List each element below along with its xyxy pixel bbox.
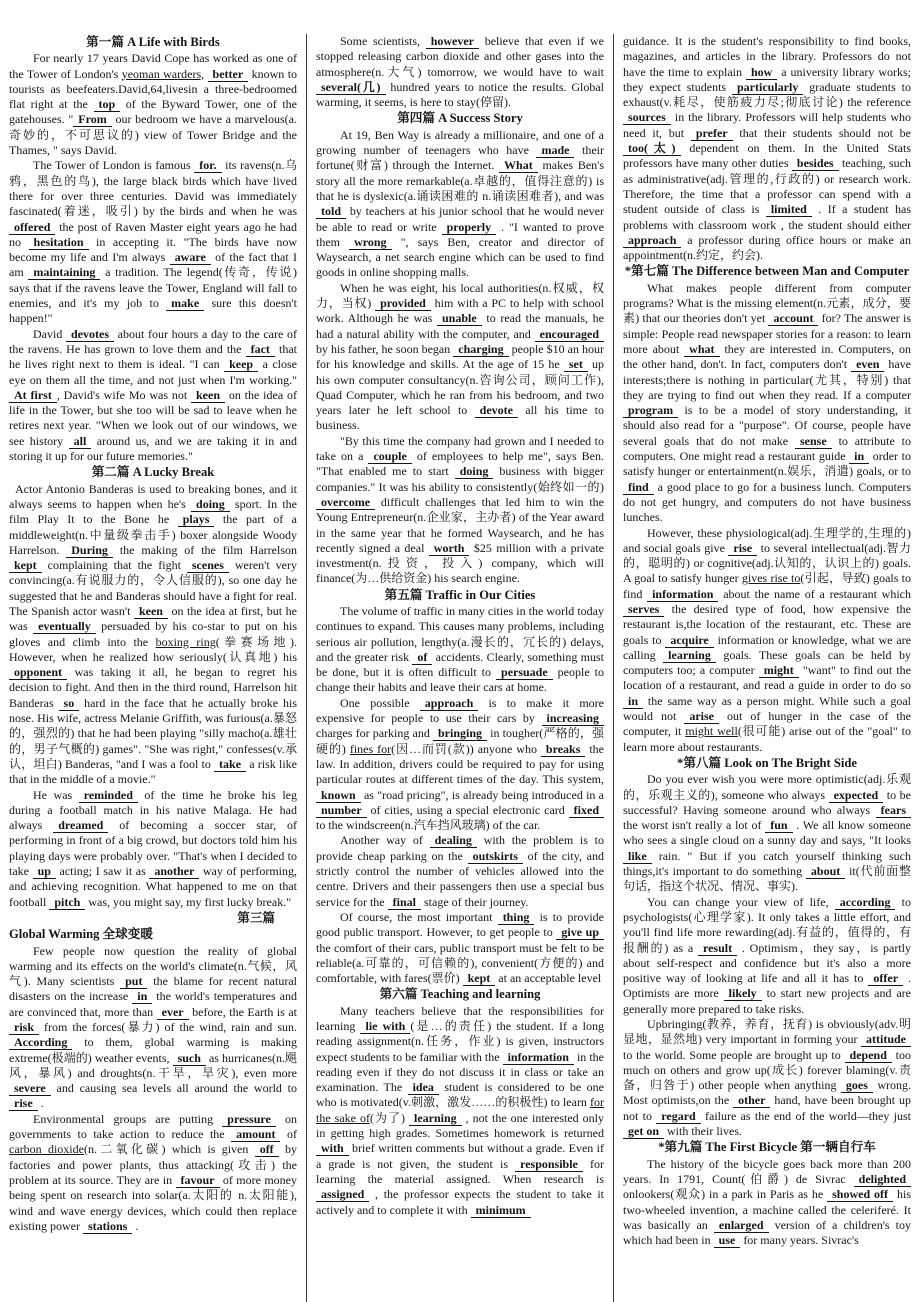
passage-paragraph: What makes people different from compute… — [623, 281, 911, 526]
passage-heading: 第三篇 — [9, 911, 297, 926]
passage-paragraph: Some scientists, however believe that ev… — [316, 34, 604, 110]
passage-paragraph: One possible approach is to make it more… — [316, 696, 604, 834]
passage-paragraph: For nearly 17 years David Cope has worke… — [9, 51, 297, 158]
column-2: Some scientists, however believe that ev… — [306, 34, 613, 1302]
passage-paragraph: You can change your view of life, accord… — [623, 895, 911, 1017]
passage-paragraph: Actor Antonio Banderas is used to breaki… — [9, 482, 297, 788]
passage-heading: *第七篇 The Difference between Man and Comp… — [623, 264, 911, 279]
passage-heading: 第四篇 A Success Story — [316, 111, 604, 126]
passage-paragraph: "By this time the company had grown and … — [316, 434, 604, 587]
passage-paragraph: The Tower of London is famous for. its r… — [9, 158, 297, 326]
passage-heading: 第六篇 Teaching and learning — [316, 987, 604, 1002]
passage-paragraph: Do you ever wish you were more optimisti… — [623, 772, 911, 894]
column-1: 第一篇 A Life with BirdsFor nearly 17 years… — [0, 34, 306, 1302]
passage-heading: 第一篇 A Life with Birds — [9, 35, 297, 50]
column-3: guidance. It is the student's responsibi… — [613, 34, 920, 1302]
passage-paragraph: Another way of dealing with the problem … — [316, 833, 604, 909]
passage-heading: 第二篇 A Lucky Break — [9, 465, 297, 480]
passage-heading: 第五篇 Traffic in Our Cities — [316, 588, 604, 603]
passage-paragraph: At 19, Ben Way is already a millionaire,… — [316, 128, 604, 281]
passage-heading: Global Warming 全球变暖 — [9, 927, 297, 942]
passage-paragraph: Few people now question the reality of g… — [9, 944, 297, 1112]
passage-heading: *第八篇 Look on The Bright Side — [623, 756, 911, 771]
passage-paragraph: He was reminded of the time he broke his… — [9, 788, 297, 910]
passage-heading: *第九篇 The First Bicycle 第一辆自行车 — [623, 1140, 911, 1155]
passage-paragraph: David devotes about four hours a day to … — [9, 327, 297, 465]
passage-paragraph: Upbringing(教养，养育，抚育) is obviously(adv.明显… — [623, 1017, 911, 1139]
passage-paragraph: Environmental groups are putting pressur… — [9, 1112, 297, 1234]
passage-paragraph: When he was eight, his local authorities… — [316, 281, 604, 434]
document-page: 第一篇 A Life with BirdsFor nearly 17 years… — [0, 0, 920, 1302]
passage-paragraph: guidance. It is the student's responsibi… — [623, 34, 911, 263]
passage-paragraph: The history of the bicycle goes back mor… — [623, 1157, 911, 1249]
passage-paragraph: Of course, the most important thing is t… — [316, 910, 604, 986]
passage-paragraph: Many teachers believe that the responsib… — [316, 1004, 604, 1218]
passage-paragraph: However, these physiological(adj.生理学的,生理… — [623, 526, 911, 755]
passage-paragraph: The volume of traffic in many cities in … — [316, 604, 604, 696]
